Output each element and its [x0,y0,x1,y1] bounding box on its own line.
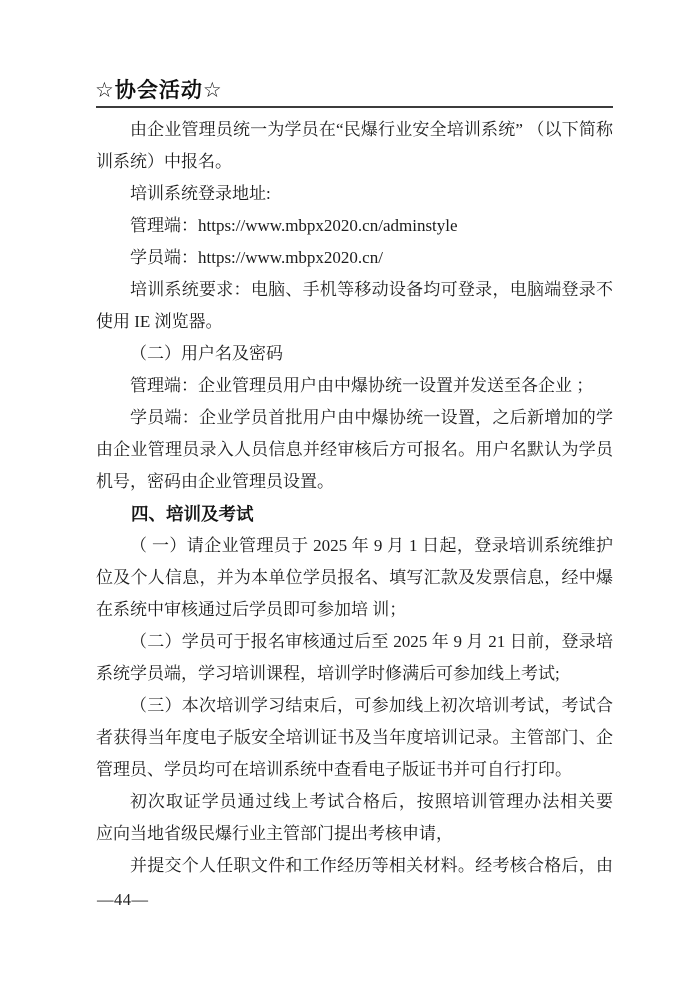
body-line: 管理员、学员均可在培训系统中查看电子版证书并可自行打印。 [96,754,613,786]
body-line: 系统学员端，学习培训课程，培训学时修满后可参加线上考试; [96,658,613,690]
body-line-admin-url: 管理端：https://www.mbpx2020.cn/adminstyle [96,210,613,242]
section-heading: 四、培训及考试 [96,498,613,530]
body-line: 训系统）中报名。 [96,146,613,178]
body-line: 培训系统登录地址: [96,178,613,210]
page-header-title: ☆协会活动☆ [95,74,223,104]
body-line-student-url: 学员端：https://www.mbpx2020.cn/ [96,242,613,274]
page-number: —44— [97,888,149,912]
body-line: 使用 IE 浏览器。 [96,306,613,338]
body-line: 在系统中审核通过后学员即可参加培 训； [96,594,613,626]
body-line: 初次取证学员通过线上考试合格后，按照培训管理办法相关要求， [96,786,613,818]
body-line: （ 一）请企业管理员于 2025 年 9 月 1 日起，登录培训系统维护单 [96,530,613,562]
document-body: 由企业管理员统一为学员在“民爆行业安全培训系统” （以下简称培 训系统）中报名。… [96,114,613,882]
body-line: （三）本次培训学习结束后，可参加线上初次培训考试，考试合格 [96,690,613,722]
body-line: 者获得当年度电子版安全培训证书及当年度培训记录。主管部门、企业 [96,722,613,754]
body-line: （二）学员可于报名审核通过后至 2025 年 9 月 21 日前，登录培训 [96,626,613,658]
body-line: 应向当地省级民爆行业主管部门提出考核申请， [96,818,613,850]
body-line: 培训系统要求：电脑、手机等移动设备均可登录，电脑端登录不可 [96,274,613,306]
body-line: 学员端：企业学员首批用户由中爆协统一设置，之后新增加的学员 [96,402,613,434]
document-page: ☆协会活动☆ 由企业管理员统一为学员在“民爆行业安全培训系统” （以下简称培 训… [0,0,700,990]
header-rule-divider [96,106,613,108]
body-line: 位及个人信息，并为本单位学员报名、填写汇款及发票信息，经中爆协 [96,562,613,594]
body-line: 并提交个人任职文件和工作经历等相关材料。经考核合格后，由当 [96,850,613,882]
body-line-subsection-title: （二）用户名及密码 [96,338,613,370]
body-line: 由企业管理员统一为学员在“民爆行业安全培训系统” （以下简称培 [96,114,613,146]
body-line: 机号，密码由企业管理员设置。 [96,466,613,498]
body-line: 管理端：企业管理员用户由中爆协统一设置并发送至各企业 ； [96,370,613,402]
body-line: 由企业管理员录入人员信息并经审核后方可报名。用户名默认为学员手 [96,434,613,466]
